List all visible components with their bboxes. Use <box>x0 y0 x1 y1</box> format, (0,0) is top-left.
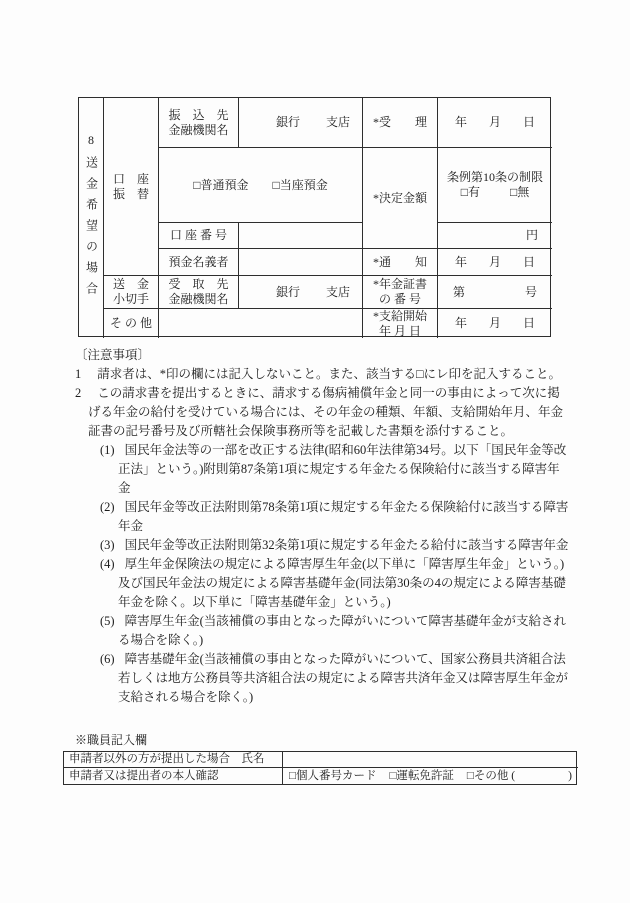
submitter-name-label-cell: 申請者以外の方が提出した場合 氏名 <box>64 752 283 768</box>
section-number: 8 <box>88 133 94 148</box>
official-pension-cert-label-cell: *年金証書 の 番 号 <box>363 276 438 309</box>
bank-suffix-label: 銀行 <box>276 285 300 300</box>
notes-section: 〔注意事項〕 1請求者は、*印の欄には記入しないこと。また、該当する□にレ印を記… <box>75 346 571 707</box>
pension-cert-number-cell: 第 号 <box>438 276 552 309</box>
payee-bank-label-line2: 金融機関名 <box>168 292 228 307</box>
checkbox-other-id[interactable]: □その他 ( <box>467 769 515 784</box>
identity-check-options-cell: □個人番号カード □運転免許証 □その他 ( ) <box>283 768 578 784</box>
notes-heading: 〔注意事項〕 <box>75 346 571 365</box>
subnote-text: 障害厚生年金(当該補償の事由となった障がいについて障害基礎年金が支給される場合を… <box>118 614 566 647</box>
subnote-number: (2) <box>100 500 115 514</box>
day-label: 日 <box>523 115 535 130</box>
other-label: そ の 他 <box>110 316 152 331</box>
transfer-bank-name-input-cell[interactable]: 銀行 支店 <box>239 98 363 148</box>
checkbox-current-deposit[interactable]: □当座預金 <box>273 178 328 193</box>
account-type-cell: □普通預金 □当座預金 <box>159 148 363 223</box>
submitter-name-label: 申請者以外の方が提出した場合 氏名 <box>69 752 265 767</box>
subnote-number: (1) <box>100 443 115 457</box>
ordinance-restriction-label: 条例第10条の制限 <box>447 170 543 185</box>
method-other-cell: そ の 他 <box>104 309 159 338</box>
subnote-number: (4) <box>100 557 115 571</box>
account-number-label: 口 座 番 号 <box>170 228 227 243</box>
remittance-check-label-line1: 送 金 <box>113 277 149 292</box>
pension-cert-label-line2: の 番 号 <box>379 292 421 307</box>
pension-cert-label-line1: *年金証書 <box>373 277 427 292</box>
transfer-bank-label-line1: 振 込 先 <box>168 108 228 123</box>
other-method-input-cell[interactable] <box>159 309 363 338</box>
bank-suffix-label: 銀行 <box>276 115 300 130</box>
section-header-cell: 8 送金希望の場合 <box>79 98 104 338</box>
day-label: 日 <box>523 316 535 331</box>
amount-yen-cell: 円 <box>438 223 552 249</box>
account-transfer-label-line1: 口 座 <box>113 172 149 187</box>
payment-start-date-cell: 年 月 日 <box>438 309 552 338</box>
checkbox-restriction-no[interactable]: □無 <box>510 185 529 199</box>
staff-entry-heading: ※職員記入欄 <box>75 733 577 748</box>
decided-amount-label: *決定金額 <box>373 191 427 206</box>
section-title-vertical: 送金希望の場合 <box>84 156 99 303</box>
subnote-text: 障害基礎年金(当該補償の事由となった障がいについて、国家公務員共済組合法若しくは… <box>118 652 568 704</box>
month-label: 月 <box>489 255 501 270</box>
method-account-transfer-cell: 口 座 振 替 <box>104 98 159 276</box>
staff-entry-table: 申請者以外の方が提出した場合 氏名 申請者又は提出者の本人確認 □個人番号カード… <box>63 751 577 785</box>
checkbox-drivers-license[interactable]: □運転免許証 <box>389 769 453 784</box>
subnote-text: 国民年金等改正法附則第32条第1項に規定する年金たる給付に該当する障害年金 <box>125 538 569 552</box>
payment-start-label-line1: *支給開始 <box>373 309 427 324</box>
identity-check-label: 申請者又は提出者の本人確認 <box>69 769 219 784</box>
identity-check-label-cell: 申請者又は提出者の本人確認 <box>64 768 283 784</box>
note-text: この請求書を提出するときに、請求する傷病補償年金と同一の事由によって次に掲げる年… <box>88 386 563 438</box>
note-text: 請求者は、*印の欄には記入しないこと。また、該当する□にレ印を記入すること。 <box>97 367 561 381</box>
ordinance-restriction-cell: 条例第10条の制限 □有 □無 <box>438 148 552 223</box>
yen-suffix-label: 円 <box>526 228 538 243</box>
account-holder-input-cell[interactable] <box>239 249 363 276</box>
year-label: 年 <box>455 255 467 270</box>
payee-bank-name-label-cell: 受 取 先 金融機関名 <box>159 276 239 309</box>
subnote-text: 国民年金等改正法附則第78条第1項に規定する年金たる保険給付に該当する障害年金 <box>118 500 568 533</box>
method-remittance-check-cell: 送 金 小切手 <box>104 276 159 309</box>
year-label: 年 <box>455 316 467 331</box>
account-holder-label: 預金名義者 <box>168 255 228 270</box>
account-number-input-cell[interactable] <box>239 223 363 249</box>
notice-date-cell: 年 月 日 <box>438 249 552 276</box>
notice-label: *通 知 <box>373 255 427 270</box>
account-number-label-cell: 口 座 番 号 <box>159 223 239 249</box>
note-subitem-6: (6)障害基礎年金(当該補償の事由となった障がいについて、国家公務員共済組合法若… <box>100 650 571 707</box>
year-label: 年 <box>455 115 467 130</box>
submitter-name-input-cell[interactable] <box>283 752 578 768</box>
note-subitem-5: (5)障害厚生年金(当該補償の事由となった障がいについて障害基礎年金が支給される… <box>100 612 571 650</box>
branch-suffix-label: 支店 <box>326 285 350 300</box>
receipt-date-cell: 年 月 日 <box>438 98 552 148</box>
day-label: 日 <box>523 255 535 270</box>
number-prefix-label: 第 <box>453 285 465 300</box>
month-label: 月 <box>489 316 501 331</box>
payee-bank-label-line1: 受 取 先 <box>168 277 228 292</box>
official-receipt-label-cell: *受 理 <box>363 98 438 148</box>
note-item-2: 2この請求書を提出するときに、請求する傷病補償年金と同一の事由によって次に掲げる… <box>75 384 571 441</box>
other-id-close-paren: ) <box>568 769 572 784</box>
subnote-number: (3) <box>100 538 115 552</box>
payment-start-label-line2: 年 月 日 <box>379 324 421 339</box>
subnote-text: 国民年金法等の一部を改正する法律(昭和60年法律第34号。以下「国民年金等改正法… <box>118 443 566 495</box>
note-subitem-2: (2)国民年金等改正法附則第78条第1項に規定する年金たる保険給付に該当する障害… <box>100 498 571 536</box>
checkbox-mynumber-card[interactable]: □個人番号カード <box>289 769 376 784</box>
subnote-number: (6) <box>100 652 115 666</box>
official-payment-start-label-cell: *支給開始 年 月 日 <box>363 309 438 338</box>
note-item-1: 1請求者は、*印の欄には記入しないこと。また、該当する□にレ印を記入すること。 <box>75 365 571 384</box>
subnote-number: (5) <box>100 614 115 628</box>
transfer-bank-name-label-cell: 振 込 先 金融機関名 <box>159 98 239 148</box>
payee-bank-name-input-cell[interactable]: 銀行 支店 <box>239 276 363 309</box>
remittance-check-label-line2: 小切手 <box>113 292 149 307</box>
subnote-text: 厚生年金保険法の規定による障害厚生年金(以下単に「障害厚生年金」という。)及び国… <box>118 557 566 609</box>
number-suffix-label: 号 <box>525 285 537 300</box>
account-holder-label-cell: 預金名義者 <box>159 249 239 276</box>
official-notice-label-cell: *通 知 <box>363 249 438 276</box>
note-subitem-3: (3)国民年金等改正法附則第32条第1項に規定する年金たる給付に該当する障害年金 <box>100 536 571 555</box>
remittance-table: 8 送金希望の場合 口 座 振 替 送 金 小切手 そ の 他 振 込 先 金融… <box>78 97 551 337</box>
month-label: 月 <box>489 115 501 130</box>
official-decided-amount-label-cell: *決定金額 <box>363 148 438 249</box>
note-number: 2 <box>75 386 81 400</box>
branch-suffix-label: 支店 <box>326 115 350 130</box>
checkbox-ordinary-deposit[interactable]: □普通預金 <box>193 178 248 193</box>
account-transfer-label-line2: 振 替 <box>113 187 149 202</box>
staff-entry-section: ※職員記入欄 申請者以外の方が提出した場合 氏名 申請者又は提出者の本人確認 □… <box>63 733 577 785</box>
checkbox-restriction-yes[interactable]: □有 <box>461 185 480 199</box>
form-page: { "remit": { "section_num": "8", "sectio… <box>0 0 630 903</box>
note-subitem-1: (1)国民年金法等の一部を改正する法律(昭和60年法律第34号。以下「国民年金等… <box>100 441 571 498</box>
transfer-bank-label-line2: 金融機関名 <box>168 123 228 138</box>
note-number: 1 <box>75 367 81 381</box>
receipt-label: *受 理 <box>373 115 427 130</box>
note-subitem-4: (4)厚生年金保険法の規定による障害厚生年金(以下単に「障害厚生年金」という。)… <box>100 555 571 612</box>
